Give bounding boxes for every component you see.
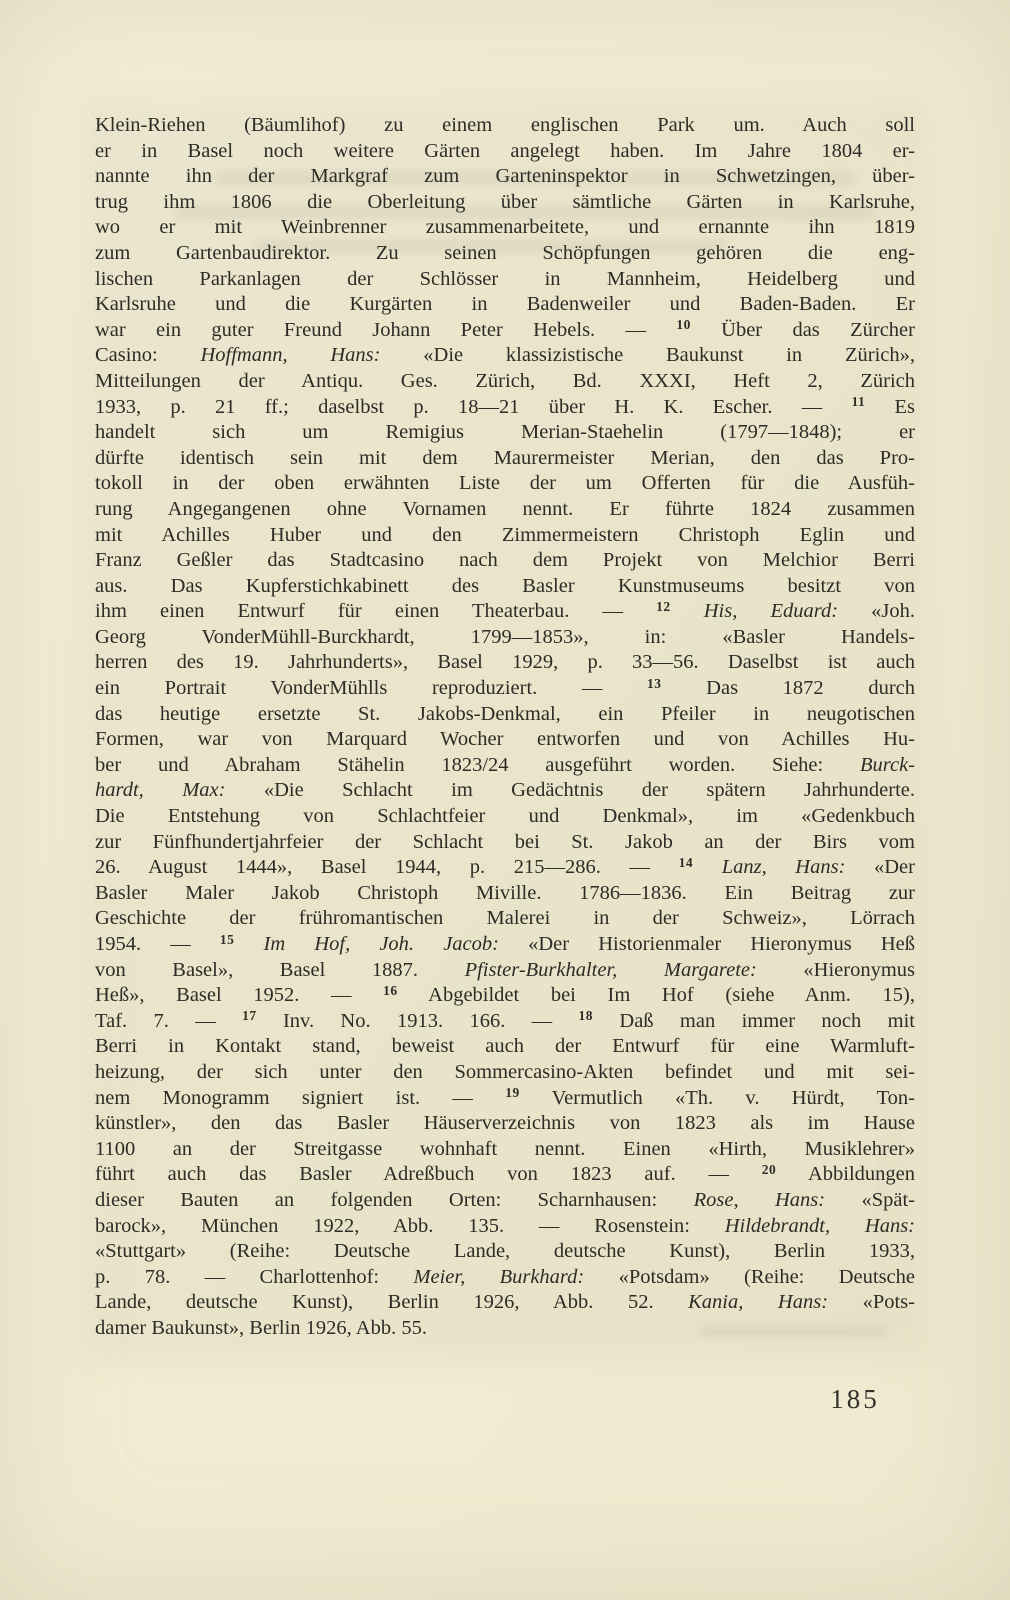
author-name-italic: Hildebrandt, Hans: <box>725 1215 915 1237</box>
text-segment: Daß man immer noch mit <box>593 1010 915 1032</box>
author-name-italic: Meier, Burkhard: <box>413 1266 584 1288</box>
text-segment: «Spät- <box>825 1189 915 1211</box>
text-segment: nannte ihn der Markgraf zum Garteninspek… <box>95 165 915 187</box>
author-name-italic: Lanz, Hans: <box>722 856 846 878</box>
text-segment: Lande, deutsche Kunst), Berlin 1926, Abb… <box>95 1291 688 1313</box>
text-segment: Mitteilungen der Antiqu. Ges. Zürich, Bd… <box>95 370 915 392</box>
text-segment: barock», München 1922, Abb. 135. — Rosen… <box>95 1215 725 1237</box>
text-segment: ber und Abraham Stähelin 1823/24 ausgefü… <box>95 754 860 776</box>
text-segment: mit Achilles Huber und den Zimmermeister… <box>95 524 915 546</box>
text-segment: von Basel», Basel 1887. <box>95 959 465 981</box>
text-line: zum Gartenbaudirektor. Zu seinen Schöpfu… <box>95 241 915 267</box>
text-line: nannte ihn der Markgraf zum Garteninspek… <box>95 164 915 190</box>
text-segment: Geschichte der frühromantischen Malerei … <box>95 907 915 929</box>
text-line: Basler Maler Jakob Christoph Miville. 17… <box>95 881 915 907</box>
text-segment: Klein-Riehen (Bäumlihof) zu einem englis… <box>95 114 915 136</box>
text-line: heizung, der sich unter den Sommercasino… <box>95 1060 915 1086</box>
text-segment: Taf. 7. — <box>95 1010 242 1032</box>
text-line: künstler», den das Basler Häuserverzeich… <box>95 1111 915 1137</box>
text-segment <box>693 856 722 878</box>
text-line: von Basel», Basel 1887. Pfister-Burkhalt… <box>95 958 915 984</box>
text-segment: dürfte identisch sein mit dem Maurermeis… <box>95 447 915 469</box>
text-segment: Abgebildet bei Im Hof (siehe Anm. 15), <box>398 984 915 1006</box>
text-segment: Franz Geßler das Stadtcasino nach dem Pr… <box>95 549 915 571</box>
text-segment: «Hieronymus <box>757 959 915 981</box>
text-line: barock», München 1922, Abb. 135. — Rosen… <box>95 1214 915 1240</box>
text-segment: 26. August 1444», Basel 1944, p. 215—286… <box>95 856 679 878</box>
footnote-number: 16 <box>383 983 398 998</box>
text-line: ber und Abraham Stähelin 1823/24 ausgefü… <box>95 753 915 779</box>
text-segment: 1954. — <box>95 933 220 955</box>
text-segment <box>234 933 263 955</box>
text-line: Mitteilungen der Antiqu. Ges. Zürich, Bd… <box>95 369 915 395</box>
text-segment: dieser Bauten an folgenden Orten: Scharn… <box>95 1189 694 1211</box>
text-segment: er in Basel noch weitere Gärten angelegt… <box>95 140 915 162</box>
text-segment: zur Fünfhundertjahrfeier der Schlacht be… <box>95 831 915 853</box>
author-name-italic: Rose, Hans: <box>694 1189 825 1211</box>
footnote-number: 17 <box>242 1008 257 1023</box>
text-line: aus. Das Kupferstichkabinett des Basler … <box>95 574 915 600</box>
text-segment: Basler Maler Jakob Christoph Miville. 17… <box>95 882 915 904</box>
author-name-italic: Im Hof, Joh. Jacob: <box>264 933 499 955</box>
text-line: ein Portrait VonderMühlls reproduziert. … <box>95 676 915 702</box>
text-line: 1933, p. 21 ff.; daselbst p. 18—21 über … <box>95 395 915 421</box>
text-line: handelt sich um Remigius Merian-Staeheli… <box>95 420 915 446</box>
text-segment: «Potsdam» (Reihe: Deutsche <box>584 1266 915 1288</box>
text-segment: Es <box>865 396 915 418</box>
text-line: führt auch das Basler Adreßbuch von 1823… <box>95 1162 915 1188</box>
text-segment: «Pots- <box>828 1291 915 1313</box>
text-line: tokoll in der oben erwähnten Liste der u… <box>95 471 915 497</box>
text-segment: Georg VonderMühll-Burckhardt, 1799—1853»… <box>95 626 915 648</box>
footnote-number: 10 <box>676 317 691 332</box>
text-line: hardt, Max: «Die Schlacht im Gedächtnis … <box>95 778 915 804</box>
text-line: p. 78. — Charlottenhof: Meier, Burkhard:… <box>95 1265 915 1291</box>
text-line: zur Fünfhundertjahrfeier der Schlacht be… <box>95 830 915 856</box>
text-segment: tokoll in der oben erwähnten Liste der u… <box>95 472 915 494</box>
text-segment: Über das Zürcher <box>691 319 915 341</box>
text-segment: Vermutlich «Th. v. Hürdt, Ton- <box>520 1087 915 1109</box>
footnote-number: 15 <box>220 932 235 947</box>
text-segment: ein Portrait VonderMühlls reproduziert. … <box>95 677 647 699</box>
text-line: Geschichte der frühromantischen Malerei … <box>95 906 915 932</box>
text-segment: Inv. No. 1913. 166. — <box>257 1010 579 1032</box>
text-segment: war ein guter Freund Johann Peter Hebels… <box>95 319 676 341</box>
text-segment: lischen Parkanlagen der Schlösser in Man… <box>95 268 915 290</box>
author-name-italic: Burck- <box>860 754 915 776</box>
author-name-italic: hardt, Max: <box>95 779 225 801</box>
text-line: ihm einen Entwurf für einen Theaterbau. … <box>95 599 915 625</box>
footnote-number: 13 <box>647 676 662 691</box>
footnote-number: 14 <box>679 855 694 870</box>
text-line: 26. August 1444», Basel 1944, p. 215—286… <box>95 855 915 881</box>
text-segment: führt auch das Basler Adreßbuch von 1823… <box>95 1163 762 1185</box>
text-line: war ein guter Freund Johann Peter Hebels… <box>95 318 915 344</box>
text-line: nem Monogramm signiert ist. — 19 Vermutl… <box>95 1086 915 1112</box>
text-line: wo er mit Weinbrenner zusammenarbeitete,… <box>95 215 915 241</box>
text-line: dieser Bauten an folgenden Orten: Scharn… <box>95 1188 915 1214</box>
author-name-italic: Kania, Hans: <box>688 1291 828 1313</box>
text-line: damer Baukunst», Berlin 1926, Abb. 55. <box>95 1316 915 1342</box>
text-segment: «Der Historienmaler Hieronymus Heß <box>499 933 915 955</box>
text-line: das heutige ersetzte St. Jakobs-Denkmal,… <box>95 702 915 728</box>
text-segment: Heß», Basel 1952. — <box>95 984 383 1006</box>
text-line: Klein-Riehen (Bäumlihof) zu einem englis… <box>95 113 915 139</box>
text-line: trug ihm 1806 die Oberleitung über sämtl… <box>95 190 915 216</box>
text-line: Franz Geßler das Stadtcasino nach dem Pr… <box>95 548 915 574</box>
text-segment: Formen, war von Marquard Wocher entworfe… <box>95 728 915 750</box>
text-line: Formen, war von Marquard Wocher entworfe… <box>95 727 915 753</box>
text-segment: «Joh. <box>838 600 915 622</box>
text-line: 1100 an der Streitgasse wohnhaft nennt. … <box>95 1137 915 1163</box>
text-line: Karlsruhe und die Kurgärten in Badenweil… <box>95 292 915 318</box>
text-segment: ihm einen Entwurf für einen Theaterbau. … <box>95 600 656 622</box>
text-segment: Das 1872 durch <box>662 677 915 699</box>
text-segment: Karlsruhe und die Kurgärten in Badenweil… <box>95 293 915 315</box>
text-line: Die Entstehung von Schlachtfeier und Den… <box>95 804 915 830</box>
page-number: 185 <box>810 1384 900 1415</box>
text-segment: «Stuttgart» (Reihe: Deutsche Lande, deut… <box>95 1240 915 1262</box>
text-segment: aus. Das Kupferstichkabinett des Basler … <box>95 575 915 597</box>
text-line: Lande, deutsche Kunst), Berlin 1926, Abb… <box>95 1290 915 1316</box>
text-segment: 1933, p. 21 ff.; daselbst p. 18—21 über … <box>95 396 852 418</box>
text-line: lischen Parkanlagen der Schlösser in Man… <box>95 267 915 293</box>
text-segment: heizung, der sich unter den Sommercasino… <box>95 1061 915 1083</box>
text-line: Casino: Hoffmann, Hans: «Die klassizisti… <box>95 343 915 369</box>
text-line: rung Angegangenen ohne Vornamen nennt. E… <box>95 497 915 523</box>
text-segment: nem Monogramm signiert ist. — <box>95 1087 505 1109</box>
text-segment: Casino: <box>95 344 200 366</box>
text-segment: p. 78. — Charlottenhof: <box>95 1266 413 1288</box>
text-segment: Berri in Kontakt stand, beweist auch der… <box>95 1035 915 1057</box>
footnote-number: 19 <box>505 1085 520 1100</box>
text-line: er in Basel noch weitere Gärten angelegt… <box>95 139 915 165</box>
text-segment: künstler», den das Basler Häuserverzeich… <box>95 1112 915 1134</box>
text-line: mit Achilles Huber und den Zimmermeister… <box>95 523 915 549</box>
text-segment: «Die Schlacht im Gedächtnis der spätern … <box>225 779 915 801</box>
author-name-italic: Pfister-Burkhalter, Margarete: <box>465 959 757 981</box>
author-name-italic: His, Eduard: <box>704 600 838 622</box>
footnote-number: 20 <box>762 1162 777 1177</box>
text-line: dürfte identisch sein mit dem Maurermeis… <box>95 446 915 472</box>
text-segment: 1100 an der Streitgasse wohnhaft nennt. … <box>95 1138 915 1160</box>
text-segment: Die Entstehung von Schlachtfeier und Den… <box>95 805 915 827</box>
text-segment: «Der <box>845 856 915 878</box>
text-segment <box>671 600 704 622</box>
text-segment: zum Gartenbaudirektor. Zu seinen Schöpfu… <box>95 242 915 264</box>
author-name-italic: Hoffmann, Hans: <box>200 344 380 366</box>
text-segment: trug ihm 1806 die Oberleitung über sämtl… <box>95 191 915 213</box>
footnote-number: 12 <box>656 599 671 614</box>
text-segment: herren des 19. Jahrhunderts», Basel 1929… <box>95 651 915 673</box>
scanned-book-page: Klein-Riehen (Bäumlihof) zu einem englis… <box>0 0 1010 1600</box>
text-line: Heß», Basel 1952. — 16 Abgebildet bei Im… <box>95 983 915 1009</box>
footnote-number: 11 <box>852 394 866 409</box>
text-block: Klein-Riehen (Bäumlihof) zu einem englis… <box>95 113 915 1342</box>
text-segment: rung Angegangenen ohne Vornamen nennt. E… <box>95 498 915 520</box>
text-segment: handelt sich um Remigius Merian-Staeheli… <box>95 421 915 443</box>
text-segment: «Die klassizistische Baukunst in Zürich»… <box>380 344 915 366</box>
text-line: Georg VonderMühll-Burckhardt, 1799—1853»… <box>95 625 915 651</box>
text-line: Taf. 7. — 17 Inv. No. 1913. 166. — 18 Da… <box>95 1009 915 1035</box>
text-segment: damer Baukunst», Berlin 1926, Abb. 55. <box>95 1317 427 1339</box>
footnote-number: 18 <box>579 1008 594 1023</box>
text-line: herren des 19. Jahrhunderts», Basel 1929… <box>95 650 915 676</box>
text-segment: das heutige ersetzte St. Jakobs-Denkmal,… <box>95 703 915 725</box>
text-segment: wo er mit Weinbrenner zusammenarbeitete,… <box>95 216 915 238</box>
text-line: 1954. — 15 Im Hof, Joh. Jacob: «Der Hist… <box>95 932 915 958</box>
text-line: «Stuttgart» (Reihe: Deutsche Lande, deut… <box>95 1239 915 1265</box>
text-line: Berri in Kontakt stand, beweist auch der… <box>95 1034 915 1060</box>
text-segment: Abbildungen <box>776 1163 915 1185</box>
